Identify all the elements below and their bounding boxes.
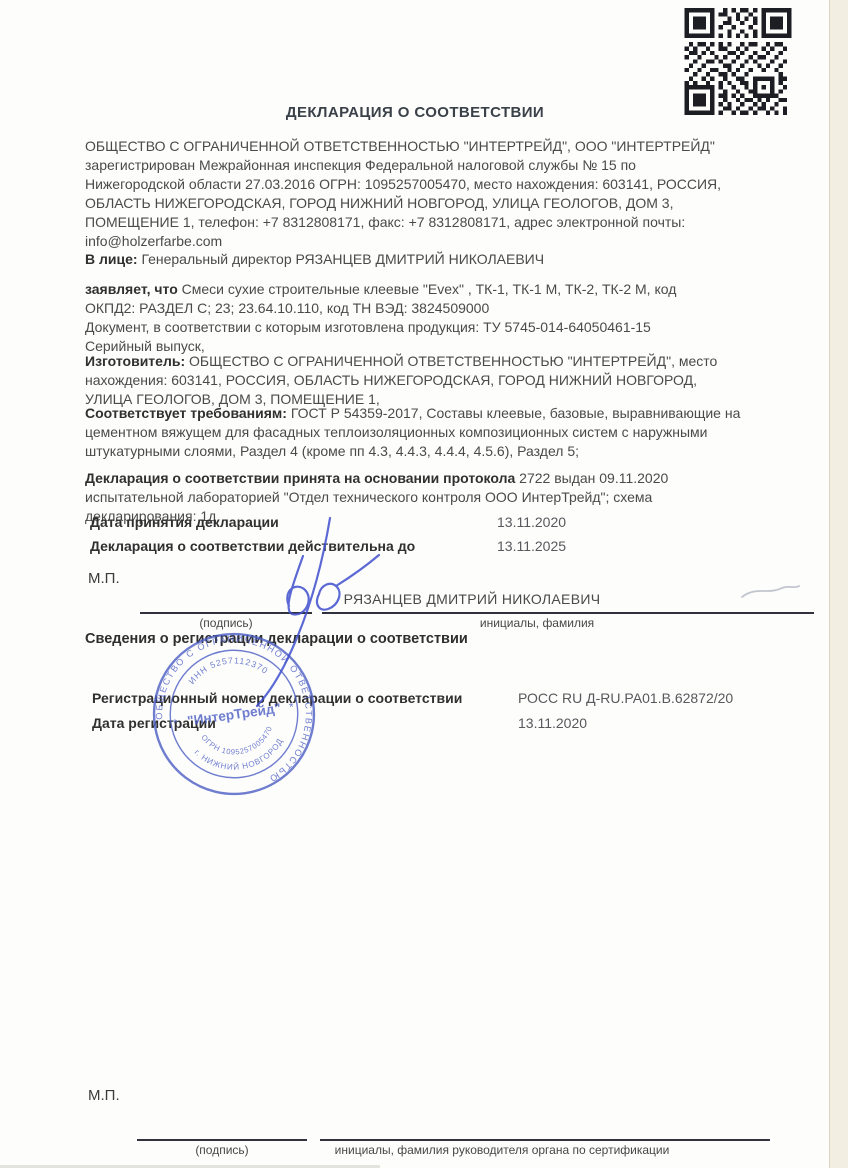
valid-until-label: Декларация о соответствии действительна … xyxy=(90,538,415,554)
basis-label: Декларация о соответствии принята на осн… xyxy=(85,470,515,486)
adoption-date-label: Дата принятия декларации xyxy=(90,514,279,530)
manufacturer-label: Изготовитель: xyxy=(85,353,185,369)
compliance-label: Соответствует требованиям: xyxy=(85,405,287,421)
declaration-document: ДЕКЛАРАЦИЯ О СООТВЕТСТВИИ ОБЩЕСТВО С ОГР… xyxy=(0,0,848,1168)
registration-date-row: Дата регистрации 13.11.2020 xyxy=(0,715,830,737)
name-caption-top: инициалы, фамилия xyxy=(322,616,752,630)
in-person-line: В лице: Генеральный директор РЯЗАНЦЕВ ДМ… xyxy=(85,250,830,269)
registration-date-value: 13.11.2020 xyxy=(518,715,587,731)
valid-until-value: 13.11.2025 xyxy=(497,538,566,554)
declares-label: заявляет, что xyxy=(85,281,178,297)
valid-until-row: Декларация о соответствии действительна … xyxy=(0,538,830,560)
in-person-text: Генеральный директор РЯЗАНЦЕВ ДМИТРИЙ НИ… xyxy=(138,251,545,267)
document-title: ДЕКЛАРАЦИЯ О СООТВЕТСТВИИ xyxy=(0,104,830,121)
declarant-paragraph: ОБЩЕСТВО С ОГРАНИЧЕННОЙ ОТВЕТСТВЕННОСТЬЮ… xyxy=(85,137,830,251)
stamp-place-mark-top: М.П. xyxy=(88,570,120,587)
manufacturer-paragraph: Изготовитель: ОБЩЕСТВО С ОГРАНИЧЕННОЙ ОТ… xyxy=(85,352,830,409)
qr-code-icon xyxy=(683,8,793,115)
declares-paragraph: заявляет, что Смеси сухие строительные к… xyxy=(85,280,830,356)
name-line-bottom xyxy=(320,1114,770,1141)
adoption-date-value: 13.11.2020 xyxy=(497,514,566,530)
stamp-place-mark-bottom: М.П. xyxy=(88,1087,120,1104)
name-caption-bottom: инициалы, фамилия руководителя органа по… xyxy=(320,1143,684,1157)
registration-number-value: РОСС RU Д-RU.РА01.В.62872/20 xyxy=(518,690,733,706)
signature-line-top xyxy=(140,588,312,614)
compliance-paragraph: Соответствует требованиям: ГОСТ Р 54359-… xyxy=(85,404,830,461)
scan-edge-band xyxy=(829,0,848,1168)
company-stamp: ОБЩЕСТВО С ОГРАНИЧЕННОЙ ОТВЕТСТВЕННОСТЬЮ… xyxy=(137,617,331,811)
stamp-star-right: * xyxy=(288,700,295,715)
registration-number-row: Регистрационный номер декларации о соотв… xyxy=(0,690,830,712)
stamp-star-left: * xyxy=(172,716,179,731)
in-person-label: В лице: xyxy=(85,251,138,267)
signature-caption-bottom: (подпись) xyxy=(137,1143,307,1157)
name-line-top xyxy=(322,588,814,614)
stamp-center-text: "ИнтерТрейд" xyxy=(186,701,282,729)
adoption-date-row: Дата принятия декларации 13.11.2020 xyxy=(0,514,830,536)
signature-line-bottom xyxy=(137,1114,307,1141)
